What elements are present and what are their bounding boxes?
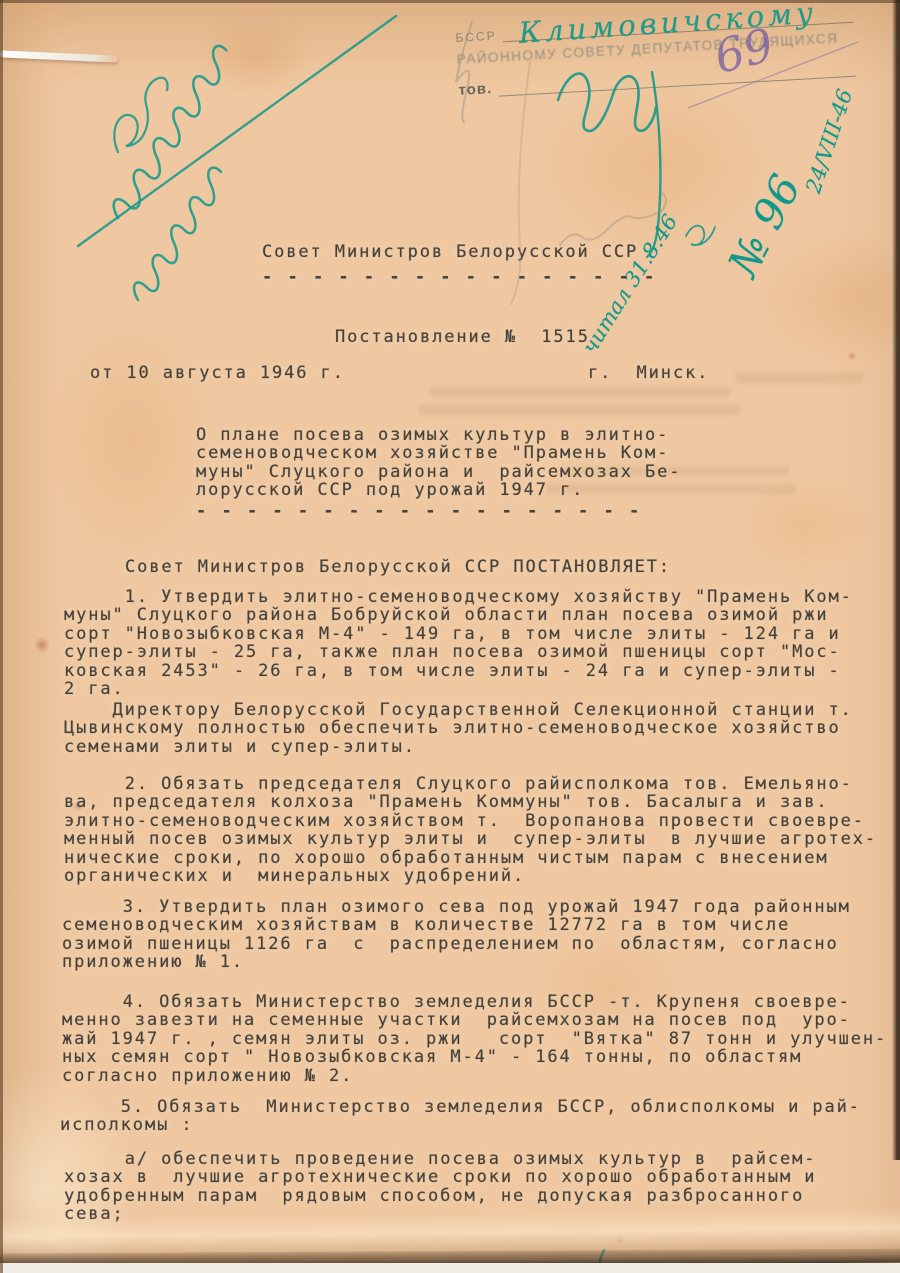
paragraph-2: 2. Обязать председателя Слуцкого райиспо…	[64, 775, 877, 885]
handwritten-flourish-cluster	[103, 44, 241, 306]
ghost-text-smudge	[418, 404, 740, 415]
page-right-edge	[892, 0, 900, 1160]
handwritten-scribble-line-1	[103, 44, 241, 224]
decree-city: г. Минск.	[588, 364, 709, 382]
stamp-addressee-label: тов.	[458, 80, 493, 99]
paper-scratch	[0, 50, 118, 62]
handwritten-diagonal-stroke	[78, 16, 396, 246]
paragraph-1-directive: Директору Белорусской Государственной Се…	[64, 701, 853, 756]
ghost-text-smudge	[430, 386, 730, 397]
decree-date: от 10 августа 1946 г.	[90, 364, 345, 382]
handwritten-scribble-line-2	[125, 165, 233, 305]
margin-number-note: № 96	[718, 167, 810, 284]
handwritten-ob-loops	[114, 78, 167, 152]
read-note-flourish	[686, 226, 715, 246]
stamp-prefix: БССР	[455, 29, 497, 45]
decree-subject-underline: - - - - - - - - - - - - - - - - - -	[196, 502, 642, 520]
paragraph-1: 1. Утвердить элитно-семеноводческому хоз…	[64, 588, 853, 698]
resolution-heading: Совет Министров Белорусской ССР ПОСТАНОВ…	[125, 558, 671, 576]
decree-subject: О плане посева озимых культур в элитно- …	[196, 426, 681, 500]
paragraph-3: 3. Утвердить план озимого сева под урожа…	[62, 898, 851, 972]
page-top-edge	[0, 0, 900, 3]
ghost-text-smudge	[735, 372, 863, 383]
paragraph-4: 4. Обязать Министерство земледелия БССР …	[62, 993, 887, 1085]
page-left-edge	[0, 0, 3, 1273]
scan-bottom-strip	[0, 1263, 900, 1273]
org-title-underline: - - - - - - - - - - - - - - - -	[262, 268, 657, 286]
scanned-document-page: БССР РАЙОННОМУ СОВЕТУ ДЕПУТАТОВ ТРУДЯЩИХ…	[0, 0, 900, 1273]
handwritten-signature-flourish	[558, 72, 715, 257]
stamp-fill-line-2	[498, 60, 857, 97]
stamp-row-addressee: тов.	[458, 60, 856, 99]
decree-number-line: Постановление № 1515	[335, 328, 590, 346]
margin-date-note: 24/VIII-46	[801, 86, 857, 196]
org-title: Совет Министров Белорусской ССР	[262, 243, 638, 261]
paragraph-5: 5. Обязать Министерство земледелия БССР,…	[60, 1098, 861, 1135]
